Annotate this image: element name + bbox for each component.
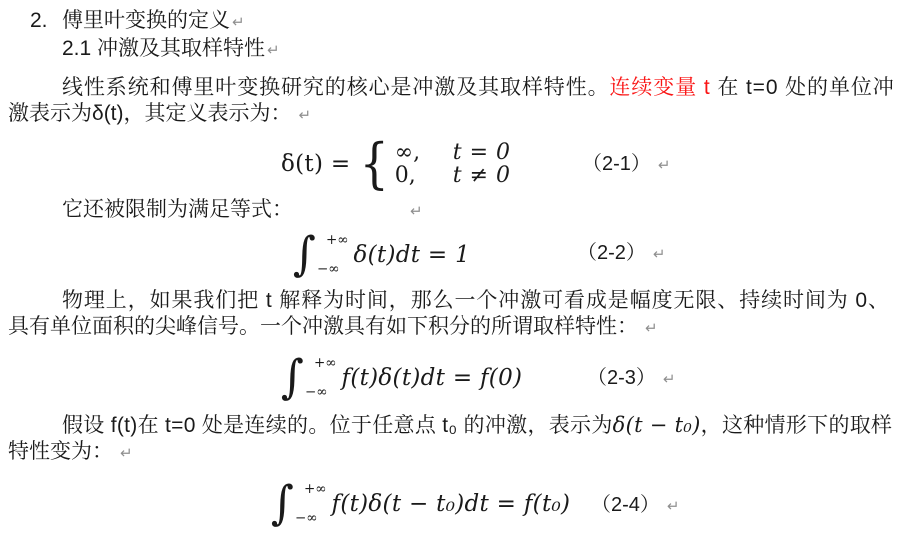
equation-number: （2-3）↵ <box>587 366 675 392</box>
case-row: 0, t ≠ 0 <box>395 164 511 187</box>
equation-2-3: ∫ +∞ −∞ f(t)δ(t)dt = f(0) <box>281 356 522 400</box>
paragraph-1-line-1: 线性系统和傅里叶变换研究的核心是冲激及其取样特性。连续变量 t 在 t=0 处的… <box>62 76 895 100</box>
paragraph-text: 假设 f(t)在 t=0 处是连续的。位于任意点 t₀ 的冲激，表示为 <box>62 414 613 437</box>
equation-number-text: （2-3） <box>587 367 656 389</box>
paragraph-text: ，这种情形下的取样 <box>701 414 893 437</box>
equation-2-2: ∫ +∞ −∞ δ(t)dt = 1 <box>293 233 470 277</box>
case-value: ∞, <box>395 140 453 165</box>
equation-number: （2-4）↵ <box>591 493 679 519</box>
section-number: 2. <box>30 9 62 33</box>
integral-sign: ∫ <box>293 232 316 278</box>
equation-expression: f(t)δ(t)dt = f(0) <box>342 365 523 391</box>
paragraph-3-line-1: 物理上，如果我们把 t 解释为时间，那么一个冲激可看成是幅度无限、持续时间为 0… <box>62 289 890 313</box>
equation-number: （2-2）↵ <box>577 241 665 267</box>
return-mark-icon: ↵ <box>267 42 280 59</box>
paragraph-4-line-1: 假设 f(t)在 t=0 处是连续的。位于任意点 t₀ 的冲激，表示为δ(t −… <box>62 413 892 438</box>
paragraph-2-line-1: 它还被限制为满足等式：↵ <box>62 198 293 222</box>
case-condition: t = 0 <box>453 140 511 165</box>
equation-number: （2-1）↵ <box>582 152 670 178</box>
integral-limits: +∞ −∞ <box>295 483 327 525</box>
return-mark-icon: ↵ <box>410 200 423 224</box>
paragraph-text: 在 t=0 处的单位冲 <box>717 76 894 99</box>
return-mark-icon: ↵ <box>653 246 666 263</box>
integral-limits: +∞ −∞ <box>317 234 349 276</box>
equation-expression: f(t)δ(t − t₀)dt = f(t₀) <box>332 491 571 517</box>
paragraph-4-line-2: 特性变为：↵ <box>8 440 133 466</box>
paragraph-3-line-2: 具有单位面积的尖峰信号。一个冲激具有如下积分的所谓取样特性：↵ <box>8 315 658 341</box>
document-page: 2.傅里叶变换的定义↵ 2.1 冲激及其取样特性↵ 线性系统和傅里叶变换研究的核… <box>0 0 897 540</box>
cases-block: ∞, t = 0 0, t ≠ 0 <box>395 141 511 187</box>
paragraph-text: 激表示为δ(t)，其定义表示为： <box>8 102 292 125</box>
paragraph-text: 线性系统和傅里叶变换研究的核心是冲激及其取样特性。 <box>62 76 610 99</box>
paragraph-text: 具有单位面积的尖峰信号。一个冲激具有如下积分的所谓取样特性： <box>8 315 638 338</box>
equation-number-text: （2-1） <box>582 153 651 175</box>
return-mark-icon: ↵ <box>663 371 676 388</box>
return-mark-icon: ↵ <box>645 320 658 337</box>
integral-limits: +∞ −∞ <box>305 357 337 399</box>
equation-expression: δ(t)dt = 1 <box>354 242 471 268</box>
cases-brace: { <box>360 137 389 191</box>
upper-limit: +∞ <box>326 234 349 248</box>
inline-math: δ(t − t₀) <box>613 413 701 437</box>
subsection-heading: 2.1 冲激及其取样特性↵ <box>62 37 280 63</box>
return-mark-icon: ↵ <box>658 157 671 174</box>
equation-lhs: δ(t) = <box>281 151 350 177</box>
integral-sign: ∫ <box>281 355 304 401</box>
upper-limit: +∞ <box>314 357 337 371</box>
paragraph-text: 物理上，如果我们把 t 解释为时间，那么一个冲激可看成是幅度无限、持续时间为 0… <box>62 289 890 312</box>
paragraph-1-line-2: 激表示为δ(t)，其定义表示为：↵ <box>8 102 311 128</box>
upper-limit: +∞ <box>304 483 327 497</box>
lower-limit: −∞ <box>295 512 327 526</box>
subsection-title: 2.1 冲激及其取样特性 <box>62 37 265 60</box>
case-value: 0, <box>395 163 453 188</box>
return-mark-icon: ↵ <box>120 445 133 462</box>
section-heading: 2.傅里叶变换的定义↵ <box>30 9 245 35</box>
return-mark-icon: ↵ <box>667 498 680 515</box>
highlighted-red-text: 连续变量 t <box>610 76 718 99</box>
section-title: 傅里叶变换的定义 <box>62 9 230 32</box>
case-row: ∞, t = 0 <box>395 141 511 164</box>
paragraph-text: 特性变为： <box>8 440 113 463</box>
return-mark-icon: ↵ <box>232 14 245 31</box>
equation-number-text: （2-4） <box>591 494 660 516</box>
integral-sign: ∫ <box>271 481 294 527</box>
equation-2-4: ∫ +∞ −∞ f(t)δ(t − t₀)dt = f(t₀) <box>271 482 570 526</box>
lower-limit: −∞ <box>317 263 349 277</box>
equation-number-text: （2-2） <box>577 242 646 264</box>
lower-limit: −∞ <box>305 386 337 400</box>
equation-2-1: δ(t) = { ∞, t = 0 0, t ≠ 0 <box>281 139 511 189</box>
case-condition: t ≠ 0 <box>453 163 511 188</box>
return-mark-icon: ↵ <box>299 107 312 124</box>
paragraph-text: 它还被限制为满足等式： <box>62 198 293 221</box>
